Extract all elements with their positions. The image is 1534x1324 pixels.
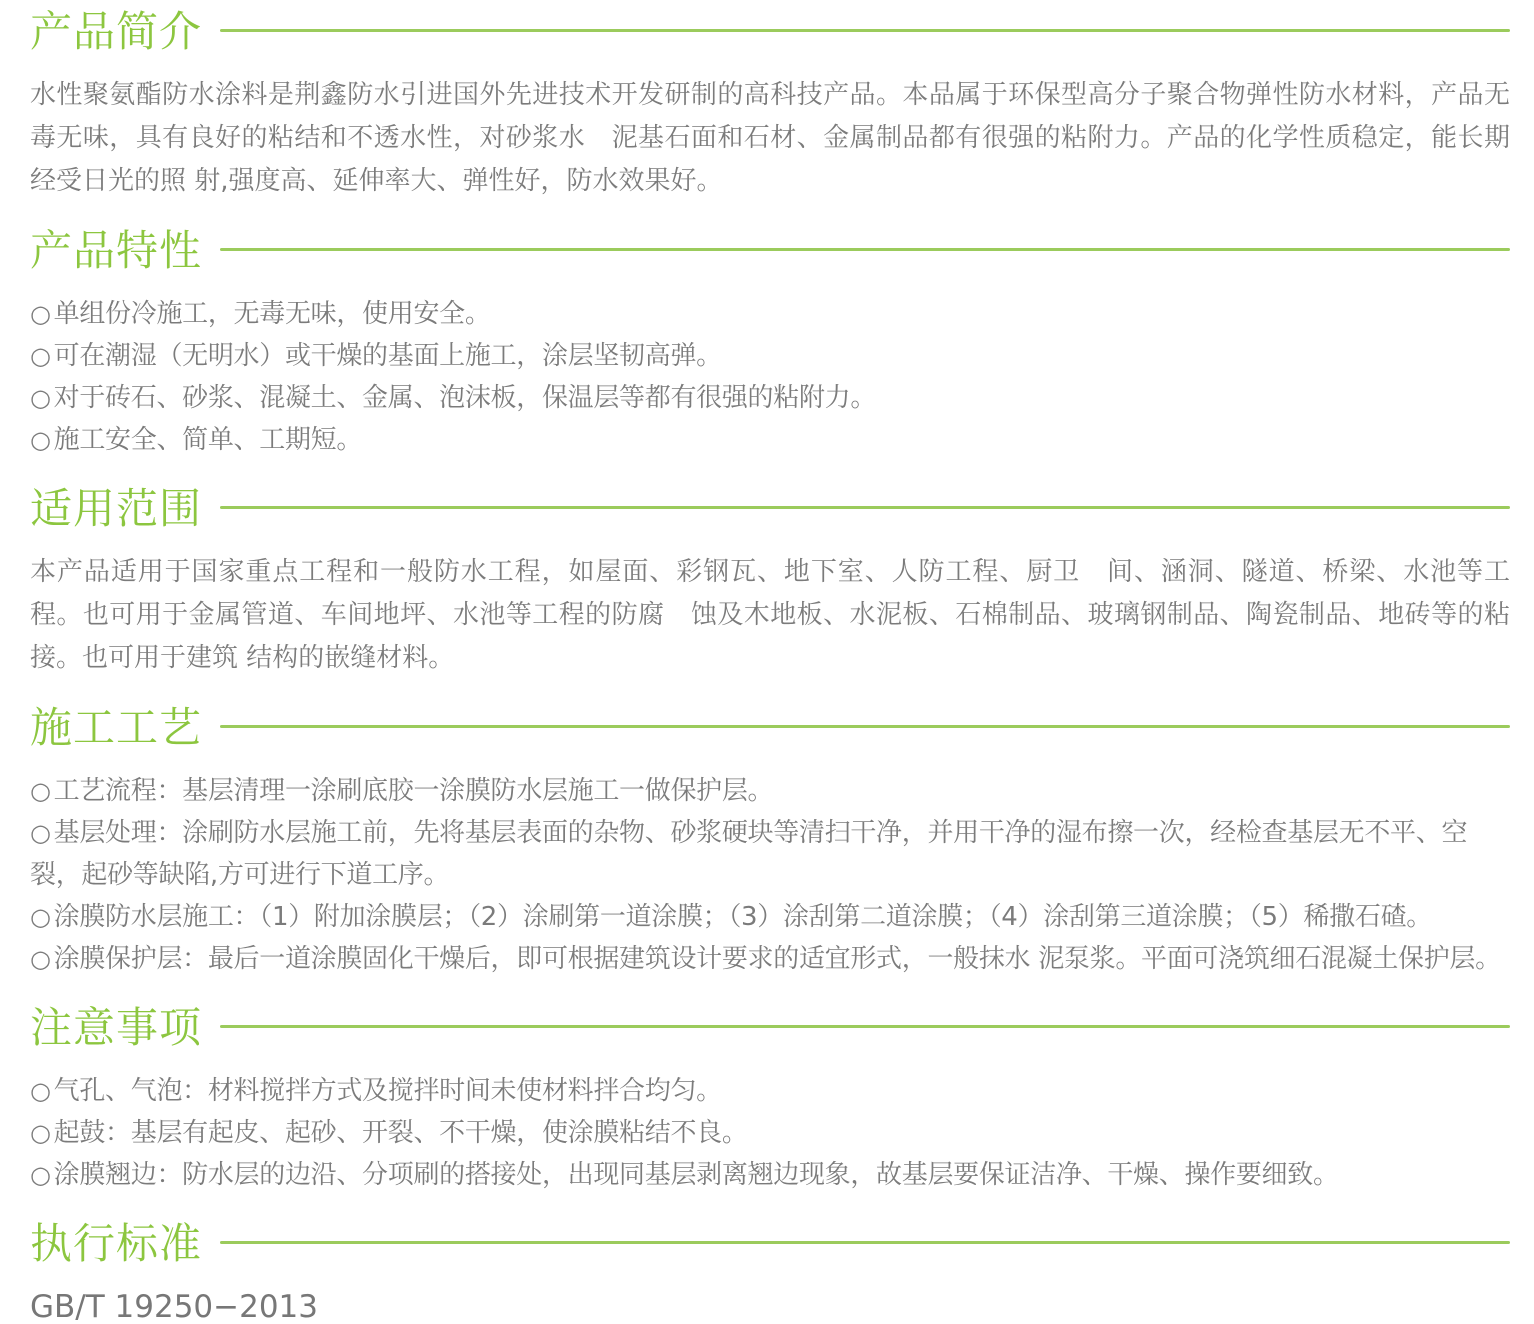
circle-bullet-icon: ○ [30,426,51,454]
section-heading-row: 施工工艺 [30,704,1510,752]
section-process: 施工工艺 ○工艺流程：基层清理一涂刷底胶一涂膜防水层施工一做保护层。○基层处理：… [30,704,1510,980]
circle-bullet-icon: ○ [30,903,51,931]
section-title-intro: 产品简介 [30,8,202,56]
product-spec-page: 产品简介 水性聚氨酯防水涂料是荆鑫防水引进国外先进技术开发研制的高科技产品。本品… [0,0,1534,1324]
heading-rule-line [220,29,1510,32]
bullet-item-process-3: ○涂膜保护层：最后一道涂膜固化干燥后，即可根据建筑设计要求的适宜形式，一般抹水 … [30,938,1510,980]
section-intro: 产品简介 水性聚氨酯防水涂料是荆鑫防水引进国外先进技术开发研制的高科技产品。本品… [30,8,1510,203]
circle-bullet-icon: ○ [30,945,51,973]
bullet-text: 工艺流程：基层清理一涂刷底胶一涂膜防水层施工一做保护层。 [54,776,774,806]
section-content: ○单组份冷施工，无毒无味，使用安全。○可在潮湿（无明水）或干燥的基面上施工，涂层… [30,293,1510,461]
bullet-text: 涂膜翘边：防水层的边沿、分项刷的搭接处，出现同基层剥离翘边现象，故基层要保证洁净… [54,1160,1339,1190]
bullet-text: 气孔、气泡：材料搅拌方式及搅拌时间未使材料拌合均匀。 [54,1076,722,1106]
section-standard: 执行标准 GB/T 19250−2013 [30,1220,1510,1324]
circle-bullet-icon: ○ [30,300,51,328]
section-title-features: 产品特性 [30,227,202,275]
bullet-item-process-2: ○涂膜防水层施工：（1）附加涂膜层；（2）涂刷第一道涂膜；（3）涂刮第二道涂膜；… [30,896,1510,938]
bullet-item-process-0: ○工艺流程：基层清理一涂刷底胶一涂膜防水层施工一做保护层。 [30,770,1510,812]
section-heading-row: 产品特性 [30,227,1510,275]
bullet-text: 涂膜保护层：最后一道涂膜固化干燥后，即可根据建筑设计要求的适宜形式，一般抹水 泥… [54,944,1501,974]
paragraph-standard-0: GB/T 19250−2013 [30,1286,1510,1324]
section-title-scope: 适用范围 [30,485,202,533]
paragraph-intro-0: 水性聚氨酯防水涂料是荆鑫防水引进国外先进技术开发研制的高科技产品。本品属于环保型… [30,74,1510,203]
bullet-text: 起鼓：基层有起皮、起砂、开裂、不干燥，使涂膜粘结不良。 [54,1118,748,1148]
bullet-text: 涂膜防水层施工：（1）附加涂膜层；（2）涂刷第一道涂膜；（3）涂刮第二道涂膜；（… [54,902,1432,932]
bullet-text: 对于砖石、砂浆、混凝土、金属、泡沫板，保温层等都有很强的粘附力。 [54,383,876,413]
section-title-notes: 注意事项 [30,1004,202,1052]
bullet-item-notes-1: ○起鼓：基层有起皮、起砂、开裂、不干燥，使涂膜粘结不良。 [30,1112,1510,1154]
section-heading-row: 执行标准 [30,1220,1510,1268]
section-heading-row: 适用范围 [30,485,1510,533]
bullet-item-features-3: ○施工安全、简单、工期短。 [30,419,1510,461]
section-heading-row: 产品简介 [30,8,1510,56]
heading-rule-line [220,506,1510,509]
paragraph-scope-0: 本产品适用于国家重点工程和一般防水工程，如屋面、彩钢瓦、地下室、人防工程、厨卫 … [30,551,1510,680]
bullet-item-features-2: ○对于砖石、砂浆、混凝土、金属、泡沫板，保温层等都有很强的粘附力。 [30,377,1510,419]
section-content: 水性聚氨酯防水涂料是荆鑫防水引进国外先进技术开发研制的高科技产品。本品属于环保型… [30,74,1510,203]
circle-bullet-icon: ○ [30,777,51,805]
heading-rule-line [220,1241,1510,1244]
heading-rule-line [220,1025,1510,1028]
circle-bullet-icon: ○ [30,1161,51,1189]
section-content: ○工艺流程：基层清理一涂刷底胶一涂膜防水层施工一做保护层。○基层处理：涂刷防水层… [30,770,1510,980]
bullet-text: 可在潮湿（无明水）或干燥的基面上施工，涂层坚韧高弹。 [54,341,722,371]
circle-bullet-icon: ○ [30,1077,51,1105]
section-title-process: 施工工艺 [30,704,202,752]
circle-bullet-icon: ○ [30,342,51,370]
heading-rule-line [220,248,1510,251]
bullet-item-process-1: ○基层处理：涂刷防水层施工前，先将基层表面的杂物、砂浆硬块等清扫干净，并用干净的… [30,812,1510,896]
section-content: GB/T 19250−2013 [30,1286,1510,1324]
circle-bullet-icon: ○ [30,384,51,412]
circle-bullet-icon: ○ [30,1119,51,1147]
bullet-item-notes-0: ○气孔、气泡：材料搅拌方式及搅拌时间未使材料拌合均匀。 [30,1070,1510,1112]
bullet-item-features-1: ○可在潮湿（无明水）或干燥的基面上施工，涂层坚韧高弹。 [30,335,1510,377]
bullet-item-features-0: ○单组份冷施工，无毒无味，使用安全。 [30,293,1510,335]
section-scope: 适用范围 本产品适用于国家重点工程和一般防水工程，如屋面、彩钢瓦、地下室、人防工… [30,485,1510,680]
section-content: ○气孔、气泡：材料搅拌方式及搅拌时间未使材料拌合均匀。○起鼓：基层有起皮、起砂、… [30,1070,1510,1196]
circle-bullet-icon: ○ [30,819,51,847]
section-heading-row: 注意事项 [30,1004,1510,1052]
bullet-text: 基层处理：涂刷防水层施工前，先将基层表面的杂物、砂浆硬块等清扫干净，并用干净的湿… [30,818,1467,890]
bullet-text: 单组份冷施工，无毒无味，使用安全。 [54,299,491,329]
section-notes: 注意事项 ○气孔、气泡：材料搅拌方式及搅拌时间未使材料拌合均匀。○起鼓：基层有起… [30,1004,1510,1196]
section-title-standard: 执行标准 [30,1220,202,1268]
bullet-item-notes-2: ○涂膜翘边：防水层的边沿、分项刷的搭接处，出现同基层剥离翘边现象，故基层要保证洁… [30,1154,1510,1196]
heading-rule-line [220,725,1510,728]
bullet-text: 施工安全、简单、工期短。 [54,425,362,455]
section-features: 产品特性 ○单组份冷施工，无毒无味，使用安全。○可在潮湿（无明水）或干燥的基面上… [30,227,1510,461]
section-content: 本产品适用于国家重点工程和一般防水工程，如屋面、彩钢瓦、地下室、人防工程、厨卫 … [30,551,1510,680]
